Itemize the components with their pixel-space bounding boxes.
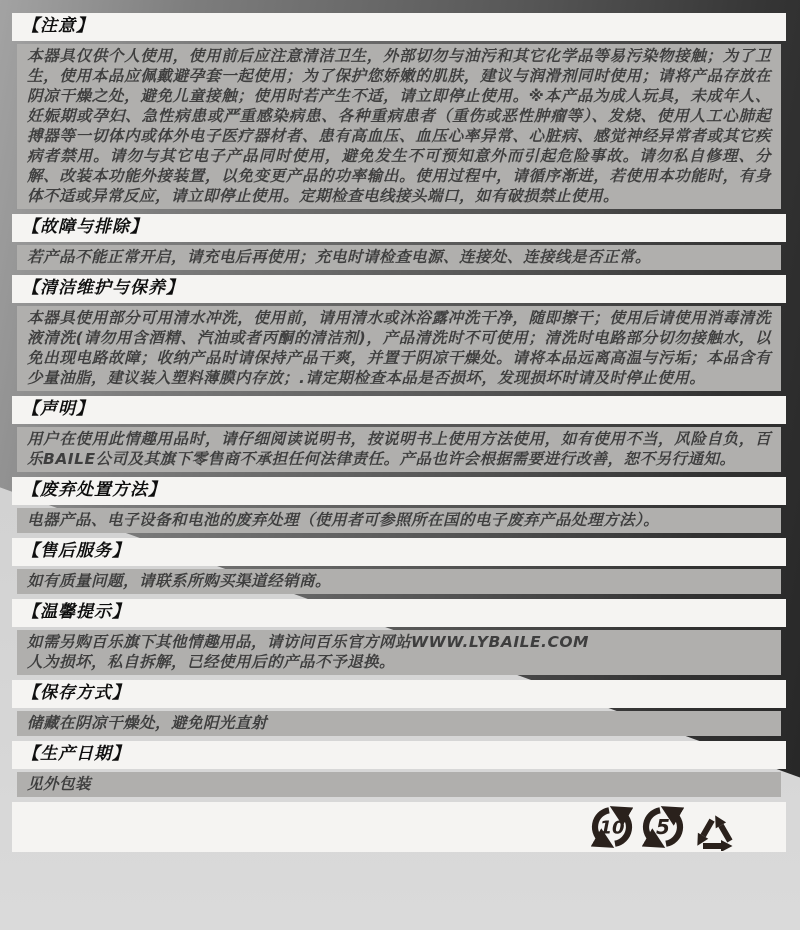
section-storage: 【保存方式】 储藏在阴凉干燥处，避免阳光直射 — [12, 680, 786, 736]
section-title: 【生产日期】 — [12, 741, 786, 769]
efup-5-icon: 5 — [639, 803, 687, 851]
section-text: 用户在使用此情趣用品时，请仔细阅读说明书，按说明书上使用方法使用，如有使用不当，… — [17, 427, 781, 472]
efup-5-label: 5 — [656, 815, 670, 839]
section-title: 【温馨提示】 — [12, 599, 786, 627]
section-tips: 【温馨提示】 如需另购百乐旗下其他情趣用品，请访问百乐官方网站WWW.LYBAI… — [12, 599, 786, 675]
section-text: 见外包装 — [17, 772, 781, 797]
section-title: 【废弃处置方法】 — [12, 477, 786, 505]
instruction-sheet: 【注意】 本器具仅供个人使用，使用前后应注意清洁卫生，外部切勿与油污和其它化学品… — [12, 13, 786, 852]
recycle-icon — [690, 803, 740, 851]
section-production-date: 【生产日期】 见外包装 — [12, 741, 786, 797]
section-text: 电器产品、电子设备和电池的废弃处理（使用者可参照所在国的电子废弃产品处理方法）。 — [17, 508, 781, 533]
section-text: 本器具仅供个人使用，使用前后应注意清洁卫生，外部切勿与油污和其它化学品等易污染物… — [17, 44, 781, 209]
section-troubleshooting: 【故障与排除】 若产品不能正常开启，请充电后再使用；充电时请检查电源、连接处、连… — [12, 214, 786, 270]
section-after-sales: 【售后服务】 如有质量问题，请联系所购买渠道经销商。 — [12, 538, 786, 594]
section-statement: 【声明】 用户在使用此情趣用品时，请仔细阅读说明书，按说明书上使用方法使用，如有… — [12, 396, 786, 472]
section-title: 【故障与排除】 — [12, 214, 786, 242]
section-text: 储藏在阴凉干燥处，避免阳光直射 — [17, 711, 781, 736]
section-text: 如需另购百乐旗下其他情趣用品，请访问百乐官方网站WWW.LYBAILE.COM … — [17, 630, 781, 675]
section-cleaning-maintenance: 【清洁维护与保养】 本器具使用部分可用清水冲洗，使用前，请用清水或沐浴露冲洗干净… — [12, 275, 786, 391]
section-disposal: 【废弃处置方法】 电器产品、电子设备和电池的废弃处理（使用者可参照所在国的电子废… — [12, 477, 786, 533]
section-title: 【售后服务】 — [12, 538, 786, 566]
section-notice: 【注意】 本器具仅供个人使用，使用前后应注意清洁卫生，外部切勿与油污和其它化学品… — [12, 13, 786, 209]
section-text: 本器具使用部分可用清水冲洗，使用前，请用清水或沐浴露冲洗干净，随即擦干；使用后请… — [17, 306, 781, 391]
footer-symbols-box: 10 5 — [12, 802, 786, 852]
section-text: 如有质量问题，请联系所购买渠道经销商。 — [17, 569, 781, 594]
section-title: 【清洁维护与保养】 — [12, 275, 786, 303]
efup-10-icon: 10 — [588, 803, 636, 851]
efup-10-label: 10 — [599, 818, 624, 839]
section-text: 若产品不能正常开启，请充电后再使用；充电时请检查电源、连接处、连接线是否正常。 — [17, 245, 781, 270]
section-title: 【声明】 — [12, 396, 786, 424]
section-title: 【保存方式】 — [12, 680, 786, 708]
section-title: 【注意】 — [12, 13, 786, 41]
